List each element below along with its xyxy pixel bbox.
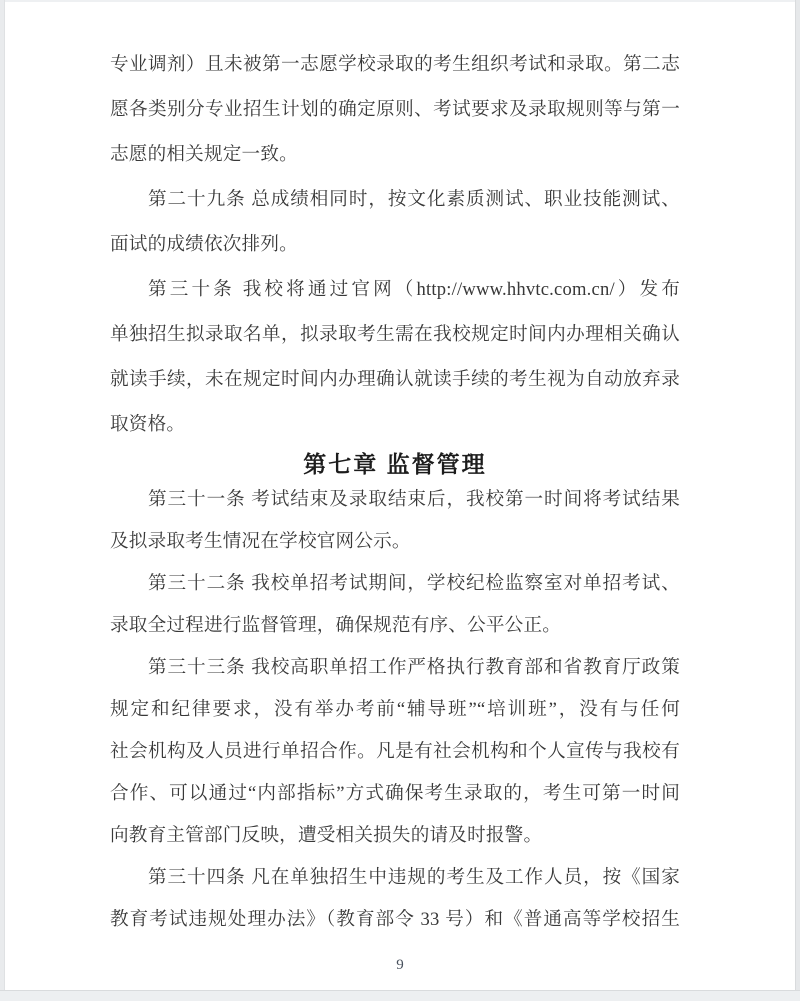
text-line: 社会机构及人员进行单招合作。凡是有社会机构和个人宣传与我校有 xyxy=(110,731,680,773)
text-line: 面试的成绩依次排列。 xyxy=(110,222,680,267)
text-line: 第三十一条 考试结束及录取结束后，我校第一时间将考试结果 xyxy=(110,479,680,521)
text-line: 向教育主管部门反映，遭受相关损失的请及时报警。 xyxy=(110,815,680,857)
paragraph-continuation: 专业调剂）且未被第一志愿学校录取的考生组织考试和录取。第二志 愿各类别分专业招生… xyxy=(110,42,680,177)
paragraph-article-30: 第三十条 我校将通过官网（http://www.hhvtc.com.cn/）发布… xyxy=(110,267,680,447)
paragraph-article-34: 第三十四条 凡在单独招生中违规的考生及工作人员，按《国家 教育考试违规处理办法》… xyxy=(110,857,680,941)
text-line: 愿各类别分专业招生计划的确定原则、考试要求及录取规则等与第一 xyxy=(110,87,680,132)
paragraph-article-32: 第三十二条 我校单招考试期间，学校纪检监察室对单招考试、 录取全过程进行监督管理… xyxy=(110,563,680,647)
page-content: 专业调剂）且未被第一志愿学校录取的考生组织考试和录取。第二志 愿各类别分专业招生… xyxy=(110,42,680,941)
page-edge-bottom xyxy=(0,990,800,1001)
text-line: 教育考试违规处理办法》（教育部令 33 号）和《普通高等学校招生 xyxy=(110,899,680,941)
page-number: 9 xyxy=(0,954,800,976)
page-edge-left xyxy=(0,0,5,1001)
chapter-heading: 第七章 监督管理 xyxy=(110,449,680,479)
page-edge-right xyxy=(795,0,800,1001)
text-line: 就读手续，未在规定时间内办理确认就读手续的考生视为自动放弃录 xyxy=(110,357,680,402)
text-line: 第二十九条 总成绩相同时，按文化素质测试、职业技能测试、 xyxy=(110,177,680,222)
text-line: 录取全过程进行监督管理，确保规范有序、公平公正。 xyxy=(110,605,680,647)
text-line: 志愿的相关规定一致。 xyxy=(110,132,680,177)
paragraph-article-33: 第三十三条 我校高职单招工作严格执行教育部和省教育厅政策 规定和纪律要求，没有举… xyxy=(110,647,680,857)
page-edge-top xyxy=(0,0,800,2)
text-line: 第三十二条 我校单招考试期间，学校纪检监察室对单招考试、 xyxy=(110,563,680,605)
text-line: 合作、可以通过“内部指标”方式确保考生录取的，考生可第一时间 xyxy=(110,773,680,815)
text-line: 第三十条 我校将通过官网（http://www.hhvtc.com.cn/）发布 xyxy=(110,267,680,312)
text-line: 及拟录取考生情况在学校官网公示。 xyxy=(110,521,680,563)
text-line: 规定和纪律要求，没有举办考前“辅导班”“培训班”，没有与任何 xyxy=(110,689,680,731)
text-line: 单独招生拟录取名单，拟录取考生需在我校规定时间内办理相关确认 xyxy=(110,312,680,357)
paragraph-article-31: 第三十一条 考试结束及录取结束后，我校第一时间将考试结果 及拟录取考生情况在学校… xyxy=(110,479,680,563)
text-line: 专业调剂）且未被第一志愿学校录取的考生组织考试和录取。第二志 xyxy=(110,42,680,87)
paragraph-article-29: 第二十九条 总成绩相同时，按文化素质测试、职业技能测试、 面试的成绩依次排列。 xyxy=(110,177,680,267)
text-line: 第三十四条 凡在单独招生中违规的考生及工作人员，按《国家 xyxy=(110,857,680,899)
text-line: 第三十三条 我校高职单招工作严格执行教育部和省教育厅政策 xyxy=(110,647,680,689)
text-line: 取资格。 xyxy=(110,402,680,447)
document-page: 专业调剂）且未被第一志愿学校录取的考生组织考试和录取。第二志 愿各类别分专业招生… xyxy=(0,0,800,1001)
